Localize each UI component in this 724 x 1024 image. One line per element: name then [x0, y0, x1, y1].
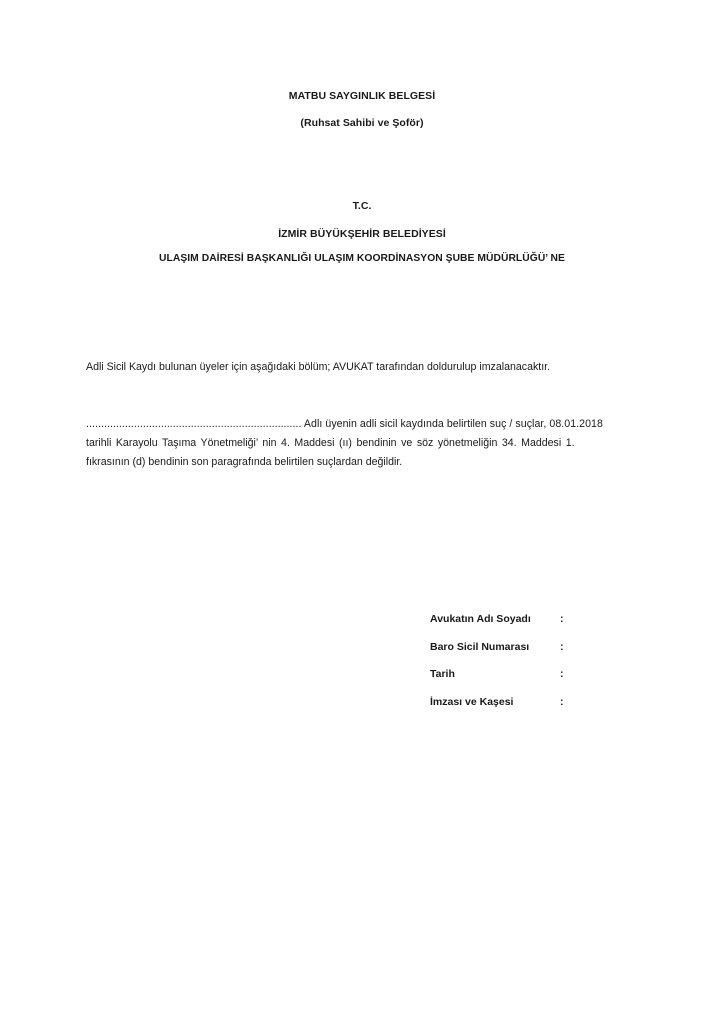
declaration-line: tarihli Karayolu Taşıma Yönetmeliği’ nin… — [86, 434, 646, 453]
addressee-department: ULAŞIM DAİRESİ BAŞKANLIĞI ULAŞIM KOORDİN… — [0, 253, 724, 264]
field-label: Tarih — [430, 668, 455, 680]
field-label: Baro Sicil Numarası — [430, 641, 529, 653]
document-page: MATBU SAYGINLIK BELGESİ (Ruhsat Sahibi v… — [0, 0, 724, 1024]
declaration-paragraph: ........................................… — [86, 415, 646, 472]
addressee-country: T.C. — [0, 200, 724, 212]
field-separator: : — [560, 613, 564, 625]
field-separator: : — [560, 696, 564, 708]
document-title: MATBU SAYGINLIK BELGESİ — [0, 90, 724, 102]
declaration-line: ........................................… — [86, 415, 646, 434]
field-label: İmzası ve Kaşesi — [430, 696, 513, 708]
document-subtitle: (Ruhsat Sahibi ve Şoför) — [0, 117, 724, 129]
declaration-line: fıkrasının (d) bendinin son paragrafında… — [86, 453, 646, 472]
field-separator: : — [560, 641, 564, 653]
field-label: Avukatın Adı Soyadı — [430, 613, 531, 625]
addressee-municipality: İZMİR BÜYÜKŞEHİR BELEDİYESİ — [0, 228, 724, 240]
intro-text: Adli Sicil Kaydı bulunan üyeler için aşa… — [86, 361, 550, 373]
field-separator: : — [560, 668, 564, 680]
